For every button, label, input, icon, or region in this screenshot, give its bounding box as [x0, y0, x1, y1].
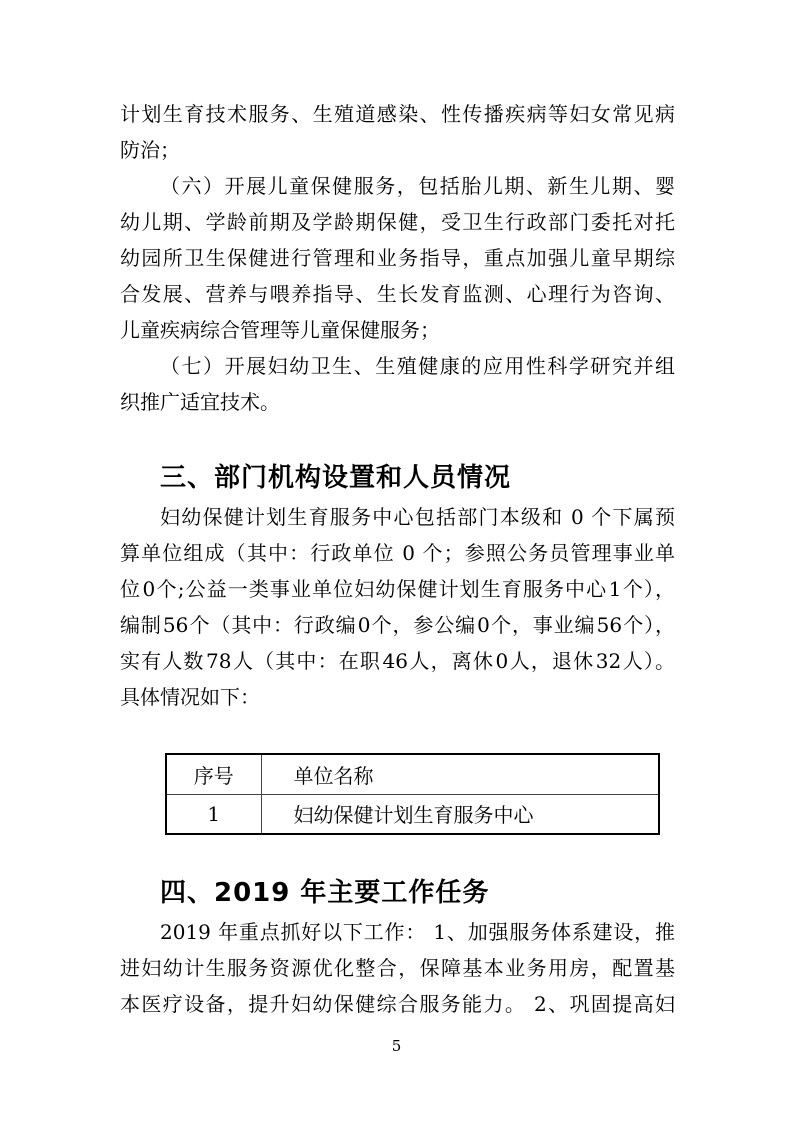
paragraph-line: 妇幼保健计划生育服务中心包括部门本级和 0 个下属预: [120, 499, 675, 535]
section-heading-3: 三、部门机构设置和人员情况: [120, 458, 675, 499]
document-page: 计划生育技术服务、生殖道感染、性传播疾病等妇女常见病 防治； （六）开展儿童保健…: [0, 0, 793, 1122]
paragraph-line: 幼儿期、学龄前期及学龄期保健，受卫生行政部门委托对托: [120, 204, 675, 240]
paragraph-line: （六）开展儿童保健服务，包括胎儿期、新生儿期、婴: [120, 168, 675, 204]
paragraph-line: 具体情况如下：: [120, 679, 675, 715]
paragraph-line: 位 0 个;公益一类事业单位妇幼保健计划生育服务中心 1 个），: [120, 571, 675, 607]
table-header-cell-name: 单位名称: [261, 754, 659, 794]
paragraph-line: 实有人数 78 人（其中：在职 46 人，离休 0 人，退休 32 人）。: [120, 643, 675, 679]
table-cell-name: 妇幼保健计划生育服务中心: [261, 794, 659, 834]
table-cell-index: 1: [166, 794, 261, 834]
paragraph-line: 编制 56 个（其中：行政编 0 个，参公编 0 个，事业编 56 个），: [120, 607, 675, 643]
paragraph-line: 儿童疾病综合管理等儿童保健服务；: [120, 312, 675, 348]
section-heading-4: 四、2019 年主要工作任务: [120, 873, 675, 914]
paragraph-line: 防治；: [120, 132, 675, 168]
table-header-cell-index: 序号: [166, 754, 261, 794]
paragraph-line: 进妇幼计生服务资源优化整合，保障基本业务用房，配置基: [120, 950, 675, 986]
page-content: 计划生育技术服务、生殖道感染、性传播疾病等妇女常见病 防治； （六）开展儿童保健…: [120, 96, 675, 1022]
paragraph-line: 合发展、营养与喂养指导、生长发育监测、心理行为咨询、: [120, 276, 675, 312]
paragraph-line: （七）开展妇幼卫生、生殖健康的应用性科学研究并组: [120, 348, 675, 384]
paragraph-line: 织推广适宜技术。: [120, 384, 675, 420]
table-header-row: 序号 单位名称: [166, 754, 659, 794]
paragraph-line: 2019 年重点抓好以下工作： 1、加强服务体系建设，推: [120, 914, 675, 950]
page-number: 5: [0, 1036, 793, 1056]
paragraph-line: 算单位组成（其中：行政单位 0 个；参照公务员管理事业单: [120, 535, 675, 571]
paragraph-line: 本医疗设备，提升妇幼保健综合服务能力。 2、巩固提高妇: [120, 986, 675, 1022]
table-row: 1 妇幼保健计划生育服务中心: [166, 794, 659, 834]
paragraph-line: 幼园所卫生保健进行管理和业务指导，重点加强儿童早期综: [120, 240, 675, 276]
org-units-table: 序号 单位名称 1 妇幼保健计划生育服务中心: [165, 753, 660, 835]
paragraph-line: 计划生育技术服务、生殖道感染、性传播疾病等妇女常见病: [120, 96, 675, 132]
